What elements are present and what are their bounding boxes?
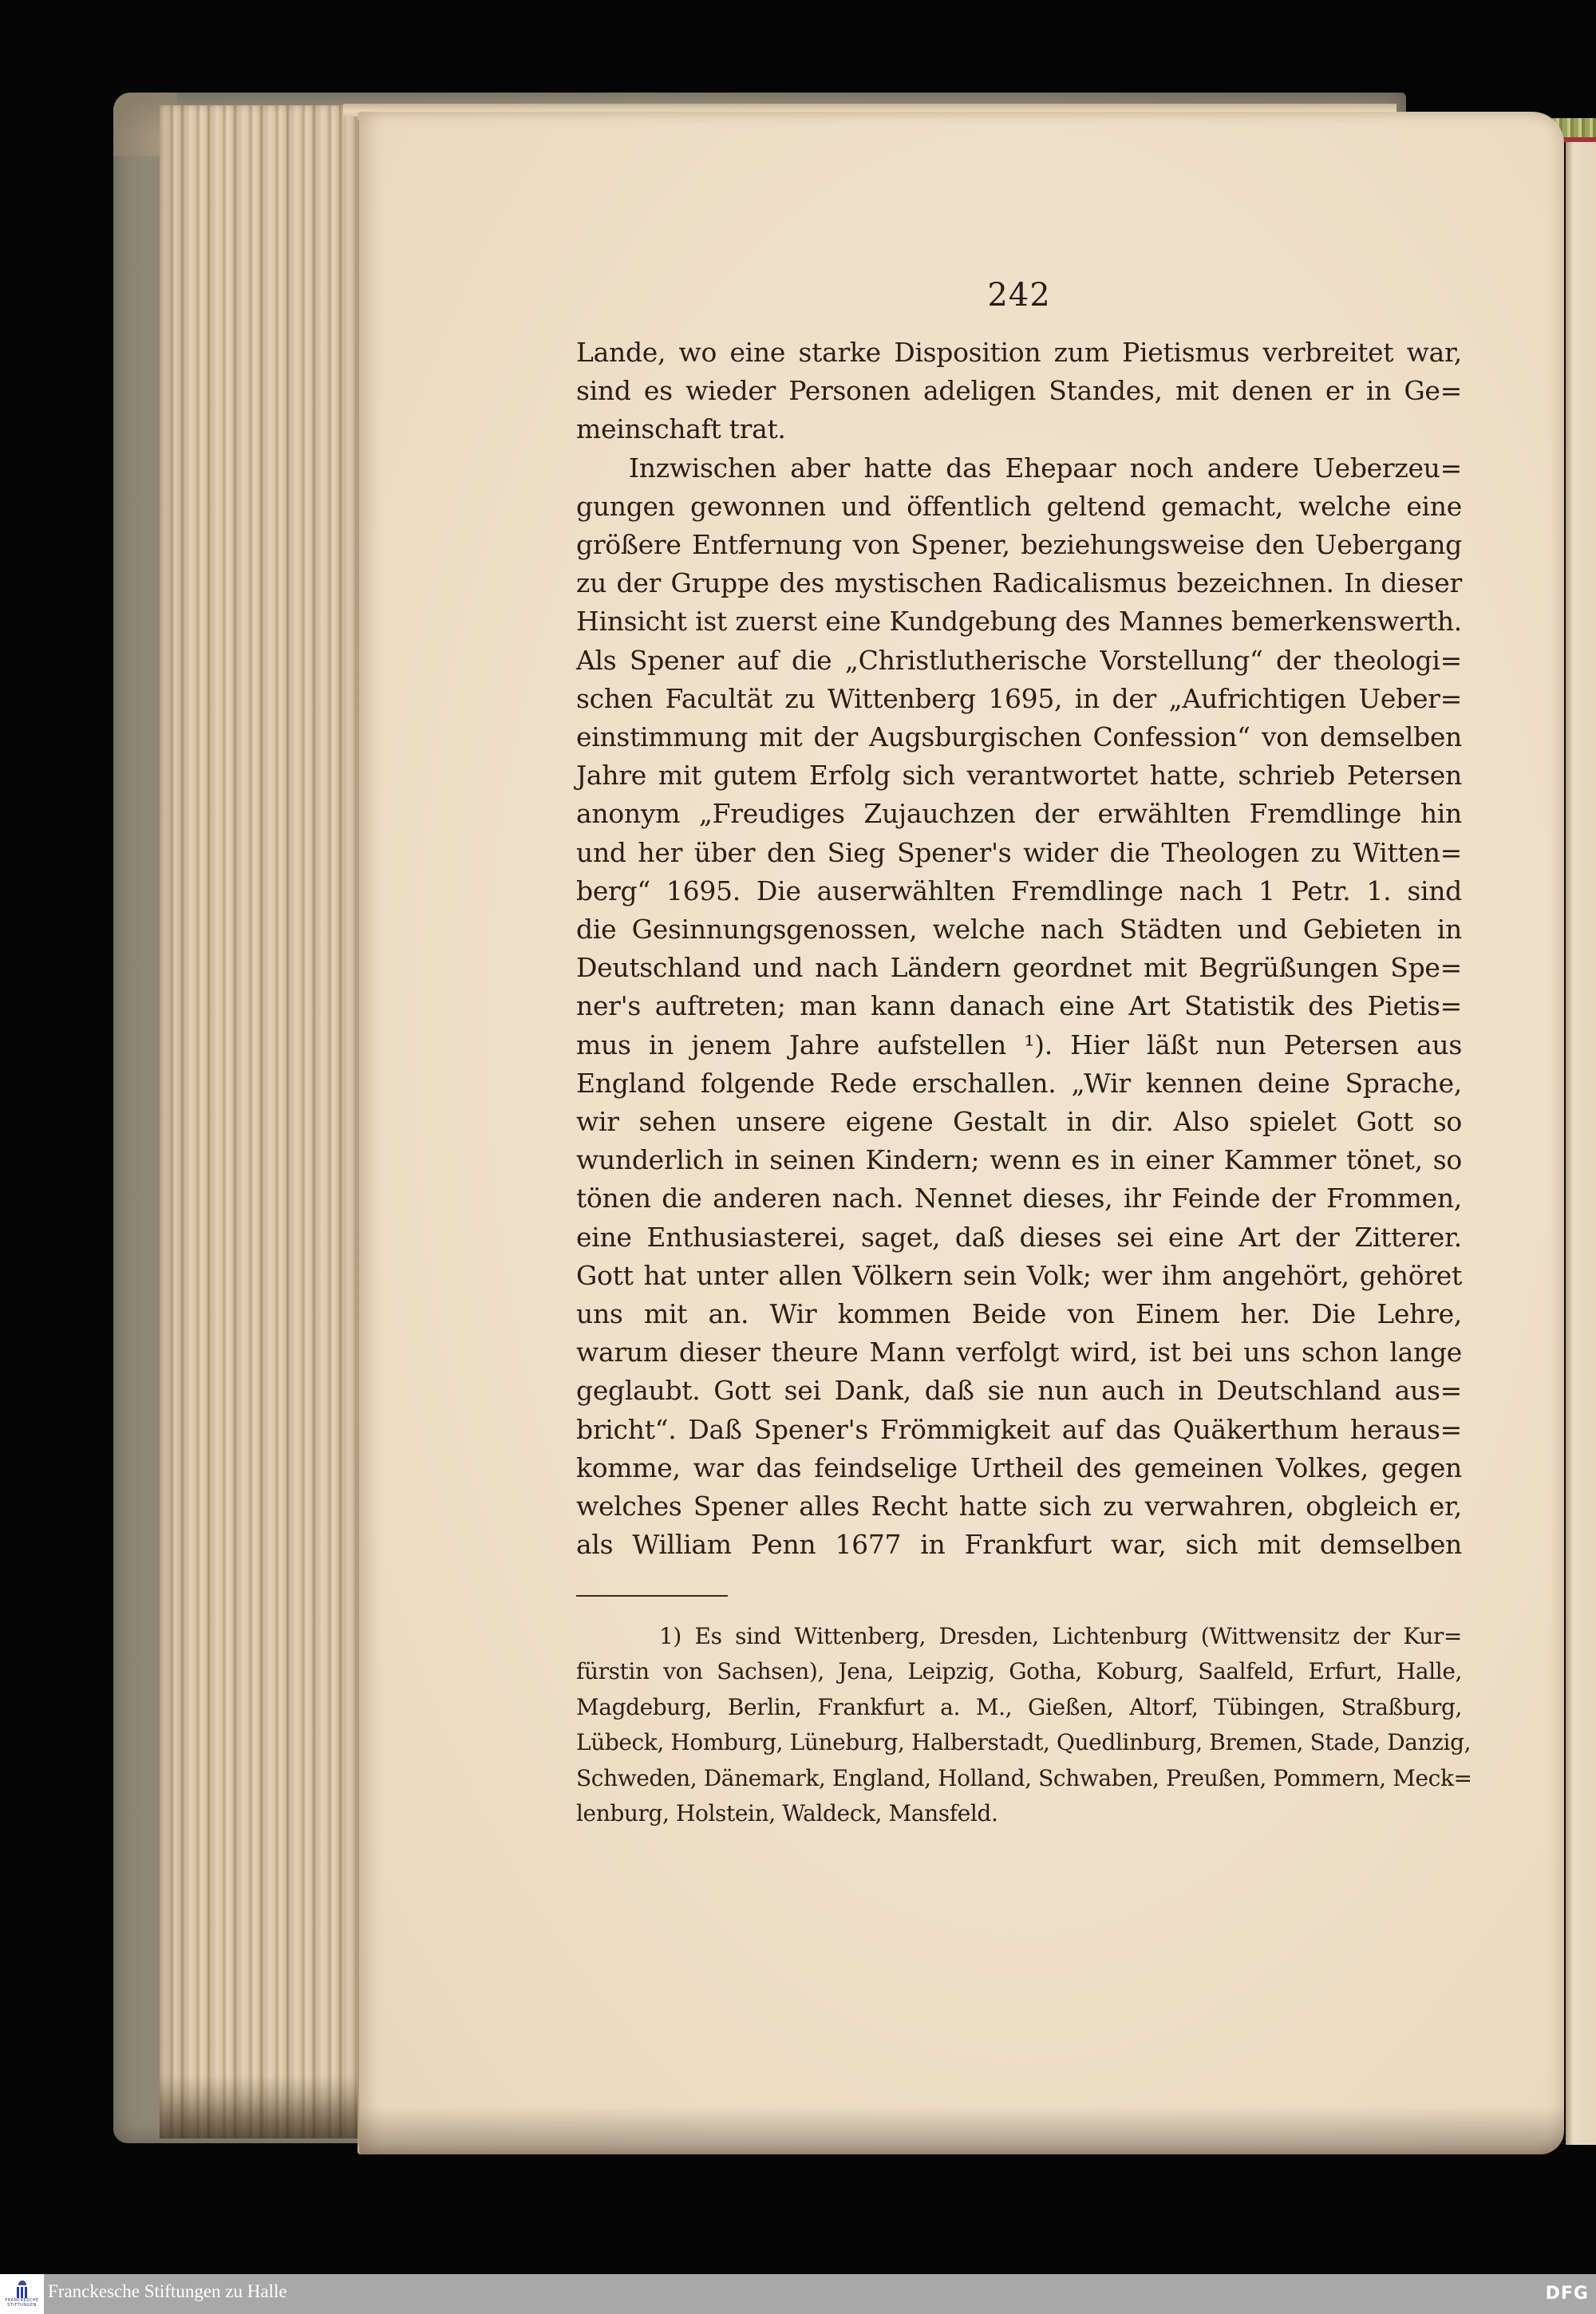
text-line: Inzwischen aber hatte das Ehepaar noch a… <box>576 449 1462 488</box>
text-line: mus in jenem Jahre aufstellen ¹). Hier l… <box>576 1026 1462 1064</box>
text-line: meinschaft trat. <box>576 410 1462 448</box>
text-line: die Gesinnungsgenossen, welche nach Städ… <box>576 910 1462 949</box>
footnote-line: Schweden, Dänemark, England, Holland, Sc… <box>576 1761 1462 1797</box>
page-gutter <box>358 120 359 2146</box>
text-line: Jahre mit gutem Erfolg sich verantwortet… <box>576 756 1462 795</box>
text-line: eine Enthusiasterei, saget, daß dieses s… <box>576 1218 1462 1257</box>
text-line: Deutschland und nach Ländern geordnet mi… <box>576 949 1462 987</box>
page-text-block: 242 Lande, wo eine starke Disposition zu… <box>576 271 1462 1832</box>
footnote-line: fürstin von Sachsen), Jena, Leipzig, Got… <box>576 1654 1462 1690</box>
text-line: anonym „Freudiges Zujauchzen der erwählt… <box>576 795 1462 833</box>
text-line: einstimmung mit der Augsburgischen Confe… <box>576 718 1462 756</box>
footnote-line: Lübeck, Homburg, Lüneburg, Halberstadt, … <box>576 1725 1462 1761</box>
text-line: gungen gewonnen und öffentlich geltend g… <box>576 488 1462 526</box>
text-line: England folgende Rede erschallen. „Wir k… <box>576 1064 1462 1103</box>
viewer-footer-bar: FRANCKESCHE STIFTUNGEN Franckesche Stift… <box>0 2274 1596 2314</box>
text-line: warum dieser theure Mann verfolgt wird, … <box>576 1333 1462 1372</box>
text-line: tönen die anderen nach. Nennet dieses, i… <box>576 1179 1462 1218</box>
text-line: wunderlich in seinen Kindern; wenn es in… <box>576 1141 1462 1179</box>
text-line: Hinsicht ist zuerst eine Kundgebung des … <box>576 602 1462 641</box>
text-line: wir sehen unsere eigene Gestalt in dir. … <box>576 1103 1462 1141</box>
page-number: 242 <box>576 271 1462 319</box>
text-line: Lande, wo eine starke Disposition zum Pi… <box>576 334 1462 372</box>
next-page-edge <box>1566 134 1596 2145</box>
dfg-logo[interactable]: DFG <box>1546 2284 1589 2304</box>
text-line: geglaubt. Gott sei Dank, daß sie nun auc… <box>576 1372 1462 1410</box>
footnote-divider <box>576 1595 728 1597</box>
footnote-line: 1) Es sind Wittenberg, Dresden, Lichtenb… <box>576 1619 1462 1655</box>
text-line: ner's auftreten; man kann danach eine Ar… <box>576 987 1462 1025</box>
footnote: 1) Es sind Wittenberg, Dresden, Lichtenb… <box>576 1619 1462 1833</box>
logo-caption-line2: STIFTUNGEN <box>7 2303 37 2308</box>
footnote-line: Magdeburg, Berlin, Frankfurt a. M., Gieß… <box>576 1690 1462 1726</box>
text-line: Als Spener auf die „Christlutherische Vo… <box>576 642 1462 680</box>
text-line: bricht“. Daß Spener's Frömmigkeit auf da… <box>576 1411 1462 1449</box>
text-line: als William Penn 1677 in Frankfurt war, … <box>576 1526 1462 1564</box>
text-line: und her über den Sieg Spener's wider die… <box>576 834 1462 872</box>
text-line: schen Facultät zu Wittenberg 1695, in de… <box>576 680 1462 718</box>
institution-name: Franckesche Stiftungen zu Halle <box>48 2281 287 2302</box>
franckesche-stiftungen-logo[interactable]: FRANCKESCHE STIFTUNGEN <box>0 2274 44 2314</box>
text-line: komme, war das feindselige Urtheil des g… <box>576 1449 1462 1487</box>
text-line: uns mit an. Wir kommen Beide von Einem h… <box>576 1295 1462 1333</box>
institution-logo-icon <box>15 2280 30 2298</box>
text-line: größere Entfernung von Spener, beziehung… <box>576 526 1462 564</box>
text-line: berg“ 1695. Die auserwählten Fremdlinge … <box>576 872 1462 910</box>
body-text: Lande, wo eine starke Disposition zum Pi… <box>576 334 1462 1565</box>
text-line: sind es wieder Personen adeligen Standes… <box>576 372 1462 410</box>
text-line: Gott hat unter allen Völkern sein Volk; … <box>576 1257 1462 1295</box>
page-bottom-shadow <box>359 2107 1564 2154</box>
text-line: zu der Gruppe des mystischen Radicalismu… <box>576 564 1462 602</box>
footnote-line: lenburg, Holstein, Waldeck, Mansfeld. <box>576 1796 1462 1832</box>
text-line: welches Spener alles Recht hatte sich zu… <box>576 1487 1462 1526</box>
page-stack-edges <box>160 105 367 2138</box>
